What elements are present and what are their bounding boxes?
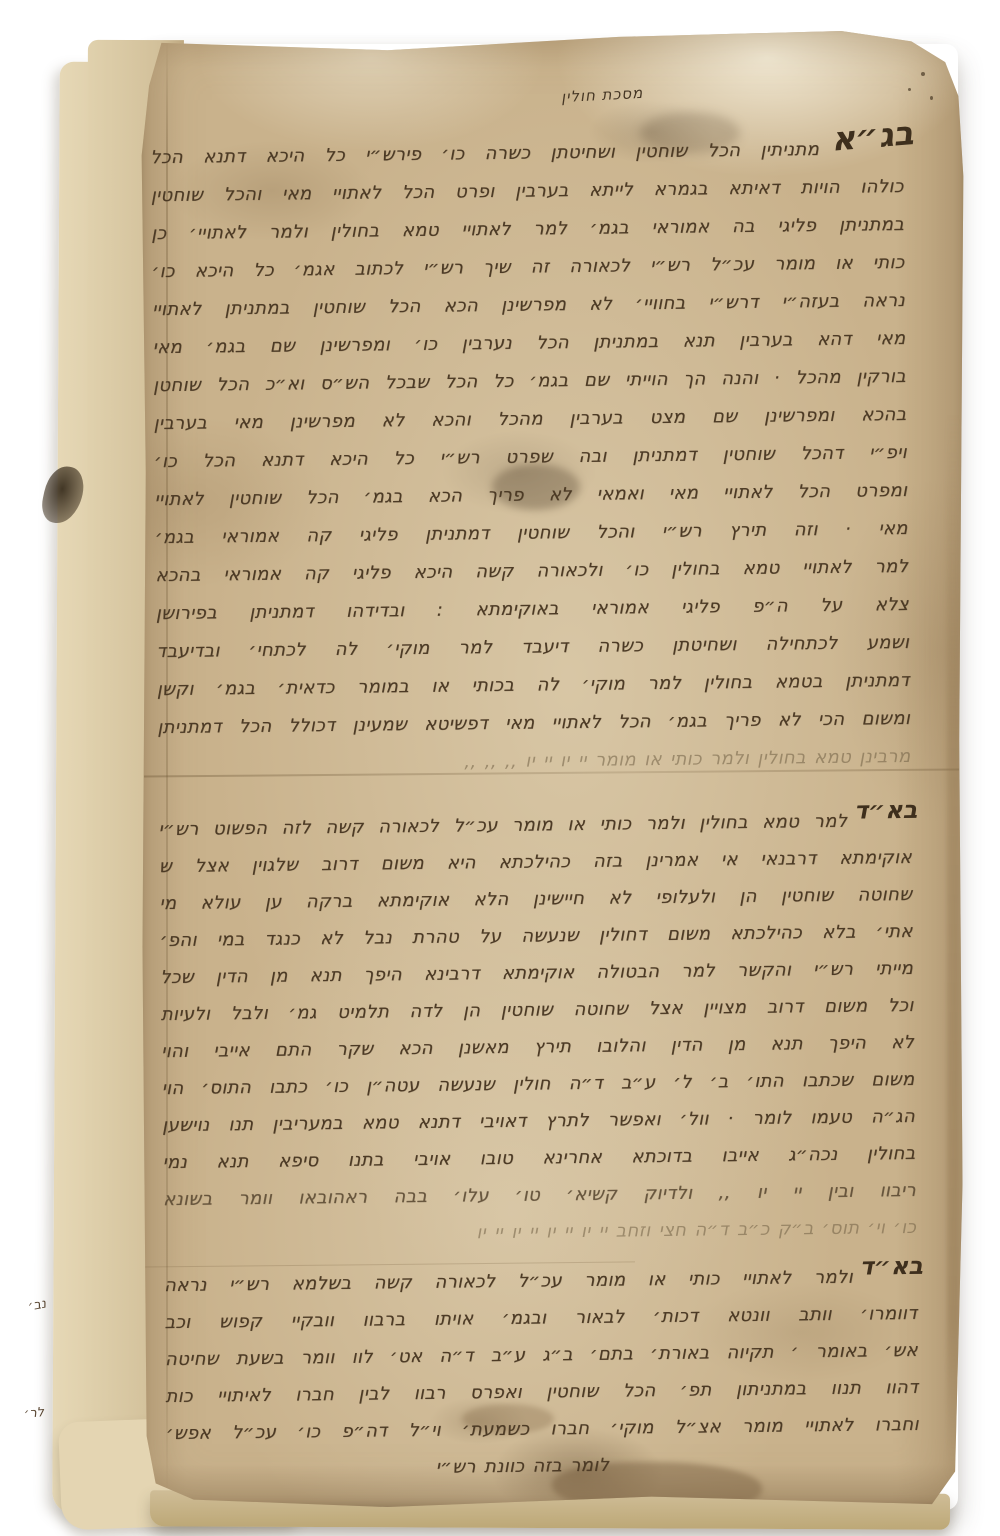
paragraph-lines: למר טמא בחולין ולמר כותי או מומר עכ״ל לכ… (158, 802, 916, 1255)
manuscript-scene: נב׳ לר׳ מסכת חולין בג״א מתניתין הכל שוחט… (0, 0, 1000, 1536)
edge-fragment-text: נב׳ (27, 1297, 47, 1315)
page-header-title: מסכת חולין (560, 84, 643, 106)
manuscript-main-page: מסכת חולין בג״א מתניתין הכל שוחטין ושחיט… (140, 28, 965, 1510)
wormhole-speck (930, 96, 933, 100)
manuscript-paragraph-3: בא״ד ולמר לאתויי כותי או מומר עכ״ל לכאור… (164, 1258, 920, 1489)
paragraph-opening-word: בג״א (829, 113, 914, 159)
worn-right-edge (947, 413, 959, 1480)
edge-fragment-text: לר׳ (23, 1405, 44, 1422)
manuscript-paragraph-2: בא״ד למר טמא בחולין ולמר כותי או מומר עכ… (158, 802, 916, 1255)
wormhole-speck (921, 72, 925, 76)
paragraph-lines: מתניתין הכל שוחטין ושחיטתן כשרה כו׳ פירש… (150, 130, 911, 785)
paragraph-lines: ולמר לאתויי כותי או מומר עכ״ל לכאורה קשה… (164, 1258, 920, 1489)
manuscript-paragraph-1: בג״א מתניתין הכל שוחטין ושחיטתן כשרה כו׳… (150, 130, 911, 785)
wormhole-speck (908, 88, 911, 91)
manuscript-text-block: בג״א מתניתין הכל שוחטין ושחיטתן כשרה כו׳… (150, 130, 920, 1529)
paragraph-opening-word: בא״ד (859, 1252, 923, 1281)
paragraph-opening-word: בא״ד (854, 796, 918, 825)
